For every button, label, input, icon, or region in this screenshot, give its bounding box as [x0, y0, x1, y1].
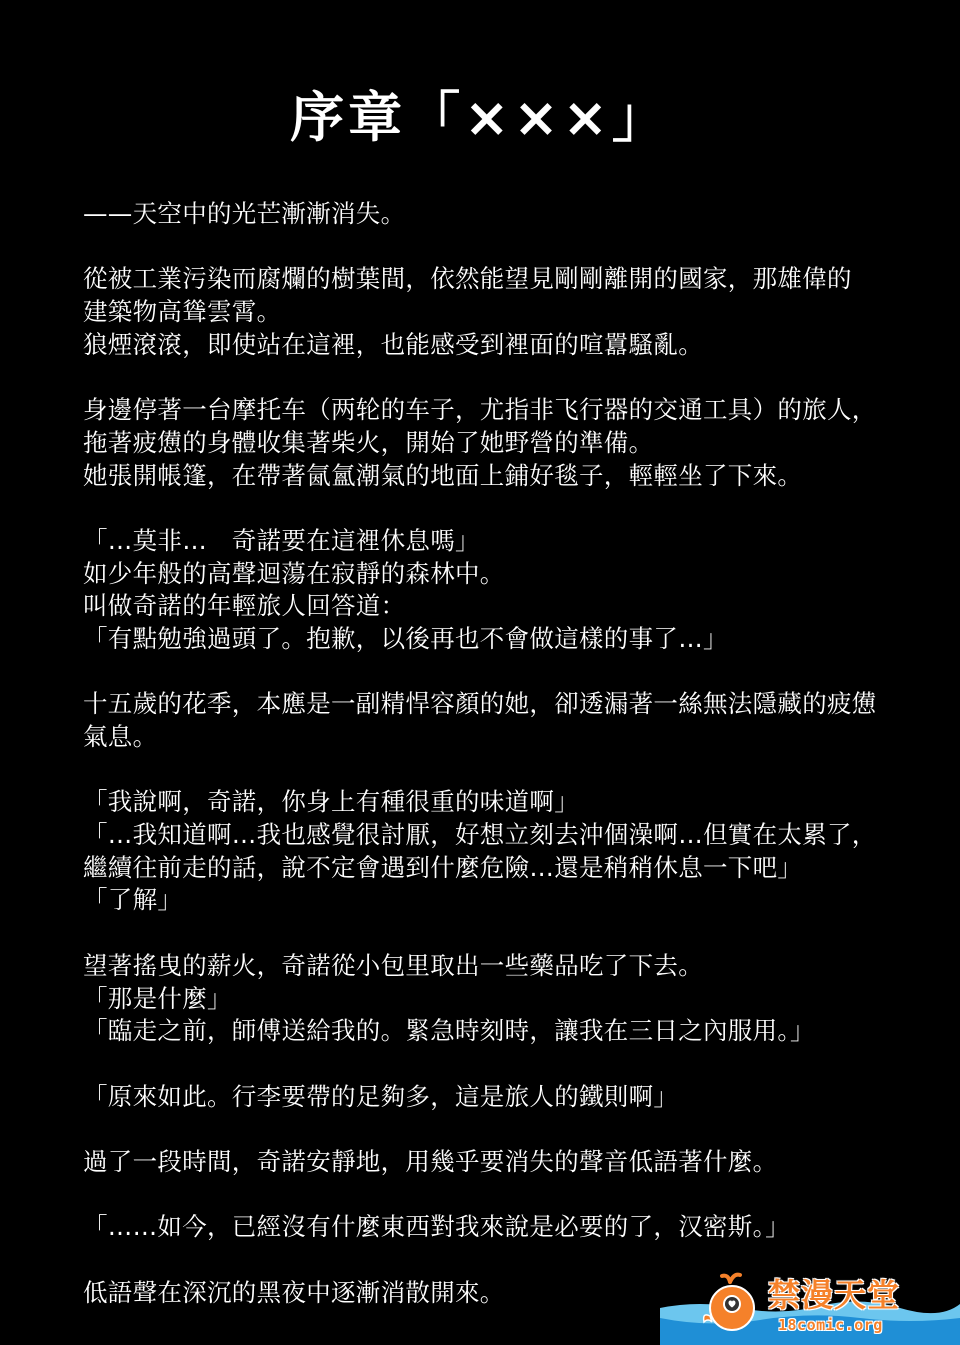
text-line: 「了解」: [83, 884, 933, 917]
text-line: 「……如今，已經沒有什麼東西對我來說是必要的了，汉密斯。」: [83, 1211, 933, 1244]
paragraph-gap: [83, 361, 933, 394]
text-line: 如少年般的高聲迴蕩在寂靜的森林中。: [83, 558, 933, 591]
text-line: ——天空中的光芒漸漸消失。: [83, 198, 933, 231]
chapter-title: 序章「×××」: [0, 86, 960, 150]
text-line: 「有點勉強過頭了。抱歉，以後再也不會做這樣的事了…」: [83, 623, 933, 656]
text-line: 「我說啊，奇諾，你身上有種很重的味道啊」: [83, 786, 933, 819]
text-line: 十五歲的花季，本應是一副精悍容顏的她，卻透漏著一絲無法隱藏的疲憊: [83, 688, 933, 721]
site-watermark: 禁漫天堂 18comic.org: [660, 1262, 960, 1345]
paragraph-gap: [83, 656, 933, 689]
text-line: 繼續往前走的話，說不定會遇到什麼危險…還是稍稍休息一下吧」: [83, 852, 933, 885]
paragraph-gap: [83, 1048, 933, 1081]
text-line: 身邊停著一台摩托车（两轮的车子，尤指非飞行器的交通工具）的旅人，: [83, 394, 933, 427]
paragraph-gap: [83, 231, 933, 264]
paragraph-gap: [83, 1179, 933, 1212]
orange-whale-mascot-icon: [700, 1272, 760, 1334]
text-line: 她張開帳篷，在帶著氤氳潮氣的地面上鋪好毯子，輕輕坐了下來。: [83, 460, 933, 493]
text-line: 「…莫非… 奇諾要在這裡休息嗎」: [83, 525, 933, 558]
text-line: 拖著疲憊的身體收集著柴火，開始了她野營的準備。: [83, 427, 933, 460]
text-line: 從被工業污染而腐爛的樹葉間，依然能望見剛剛離開的國家，那雄偉的: [83, 263, 933, 296]
paragraph-gap: [83, 492, 933, 525]
text-line: 過了一段時間，奇諾安靜地，用幾乎要消失的聲音低語著什麼。: [83, 1146, 933, 1179]
story-body: ——天空中的光芒漸漸消失。 從被工業污染而腐爛的樹葉間，依然能望見剛剛離開的國家…: [83, 198, 933, 1309]
text-line: 「原來如此。行李要帶的足夠多，這是旅人的鐵則啊」: [83, 1081, 933, 1114]
watermark-url: 18comic.org: [778, 1316, 883, 1334]
text-line: 「…我知道啊…我也感覺很討厭，好想立刻去沖個澡啊…但實在太累了，: [83, 819, 933, 852]
text-line: 建築物高聳雲霄。: [83, 296, 933, 329]
paragraph-gap: [83, 917, 933, 950]
text-line: 望著搖曳的薪火，奇諾從小包里取出一些藥品吃了下去。: [83, 950, 933, 983]
paragraph-gap: [83, 1113, 933, 1146]
watermark-title: 禁漫天堂: [768, 1276, 900, 1314]
text-line: 狼煙滾滾，即使站在這裡，也能感受到裡面的喧囂騷亂。: [83, 329, 933, 362]
paragraph-gap: [83, 754, 933, 787]
text-line: 「臨走之前，師傅送給我的。緊急時刻時，讓我在三日之內服用。」: [83, 1015, 933, 1048]
text-line: 「那是什麼」: [83, 983, 933, 1016]
text-line: 氣息。: [83, 721, 933, 754]
text-line: 叫做奇諾的年輕旅人回答道：: [83, 590, 933, 623]
